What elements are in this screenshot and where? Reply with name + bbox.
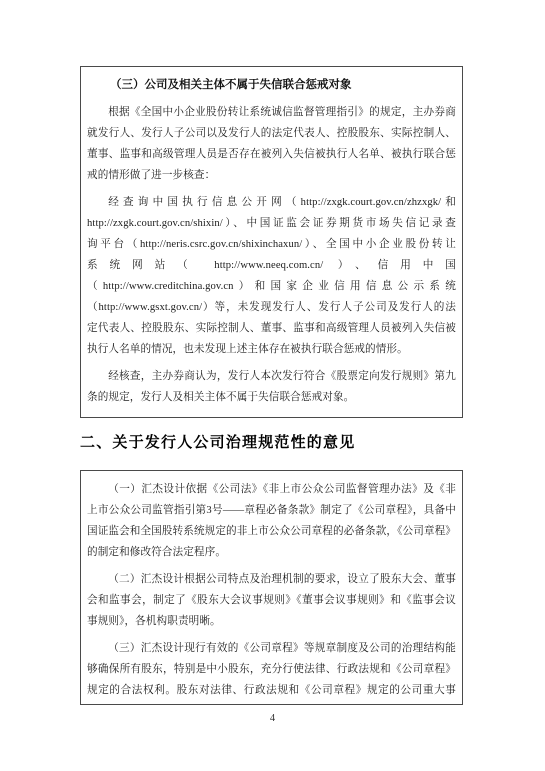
text-line: （http://www.creditchina.gov.cn）和国家企业信用信息… [87, 276, 456, 297]
paragraph: 经查询中国执行信息公开网（http://zxgk.court.gov.cn/zh… [87, 192, 456, 360]
text-line: 询平台（http://neris.csrc.gov.cn/shixinchaxu… [87, 234, 456, 255]
text-line: 的制定和修改符合法定程序。 [87, 542, 456, 563]
text-line: 条的规定，发行人及相关主体不属于失信联合惩戒对象。 [87, 387, 456, 408]
text-line: （三）汇杰设计现行有效的《公司章程》等规章制度及公司的治理结构能 [87, 638, 456, 659]
paragraph: 根据《全国中小企业股份转让系统诚信监督管理指引》的规定，主办券商就发行人、发行人… [87, 102, 456, 186]
paragraph: （二）汇杰设计根据公司特点及治理机制的要求，设立了股东大会、董事会和监事会，制定… [87, 569, 456, 632]
text-line: 会和监事会，制定了《股东大会议事规则》《董事会议事规则》和《监事会议 [87, 590, 456, 611]
text-line: 系统网站（ http://www.neeq.com.cn/ ）、信用中国 [87, 255, 456, 276]
text-line: 国证监会和全国股转系统规定的非上市公众公司章程的必备条款，《公司章程》 [87, 521, 456, 542]
text-line: 经查询中国执行信息公开网（http://zxgk.court.gov.cn/zh… [87, 192, 456, 213]
section-heading: 二、关于发行人公司治理规范性的意见 [80, 432, 480, 454]
document-page: （三）公司及相关主体不属于失信联合惩戒对象根据《全国中小企业股份转让系统诚信监督… [0, 0, 545, 771]
text-line: 上市公众公司监管指引第3号——章程必备条款》制定了《公司章程》，具备中 [87, 500, 456, 521]
text-line: 董事、监事和高级管理人员是否存在被列入失信被执行人名单、被执行联合惩 [87, 144, 456, 165]
text-line: （二）汇杰设计根据公司特点及治理机制的要求，设立了股东大会、董事 [87, 569, 456, 590]
paragraph: （三）汇杰设计现行有效的《公司章程》等规章制度及公司的治理结构能够确保所有股东，… [87, 638, 456, 705]
text-line: 根据《全国中小企业股份转让系统诚信监督管理指引》的规定，主办券商 [87, 102, 456, 123]
corporate-governance-box: （一）汇杰设计依据《公司法》《非上市公众公司监督管理办法》及《非上市公众公司监管… [80, 470, 463, 705]
text-line: 够确保所有股东，特别是中小股东，充分行使法律、行政法规和《公司章程》 [87, 659, 456, 680]
text-line: 就发行人、发行人子公司以及发行人的法定代表人、控股股东、实际控制人、 [87, 123, 456, 144]
text-line: 定代表人、控股股东、实际控制人、董事、监事和高级管理人员被列入失信被 [87, 318, 456, 339]
text-line: 事规则》，各机构职责明晰。 [87, 611, 456, 632]
text-line: 经核查，主办券商认为，发行人本次发行符合《股票定向发行规则》第九 [87, 366, 456, 387]
text-line: http://zxgk.court.gov.cn/shixin/）、中国证监会证… [87, 213, 456, 234]
text-line: 戒的情形做了进一步核查： [87, 165, 456, 186]
text-line: 规定的合法权利。股东对法律、行政法规和《公司章程》规定的公司重大事项， [87, 680, 456, 705]
box-heading: （三）公司及相关主体不属于失信联合惩戒对象 [87, 75, 456, 96]
paragraph: 经核查，主办券商认为，发行人本次发行符合《股票定向发行规则》第九条的规定，发行人… [87, 366, 456, 408]
text-line: （http://www.gsxt.gov.cn/）等，未发现发行人、发行人子公司… [87, 297, 456, 318]
paragraph: （一）汇杰设计依据《公司法》《非上市公众公司监督管理办法》及《非上市公众公司监管… [87, 479, 456, 563]
text-line: 执行人名单的情况，也未发现上述主体存在被执行联合惩戒的情形。 [87, 339, 456, 360]
credit-discipline-box: （三）公司及相关主体不属于失信联合惩戒对象根据《全国中小企业股份转让系统诚信监督… [80, 66, 463, 418]
text-line: （一）汇杰设计依据《公司法》《非上市公众公司监督管理办法》及《非 [87, 479, 456, 500]
page-number: 4 [0, 711, 545, 727]
